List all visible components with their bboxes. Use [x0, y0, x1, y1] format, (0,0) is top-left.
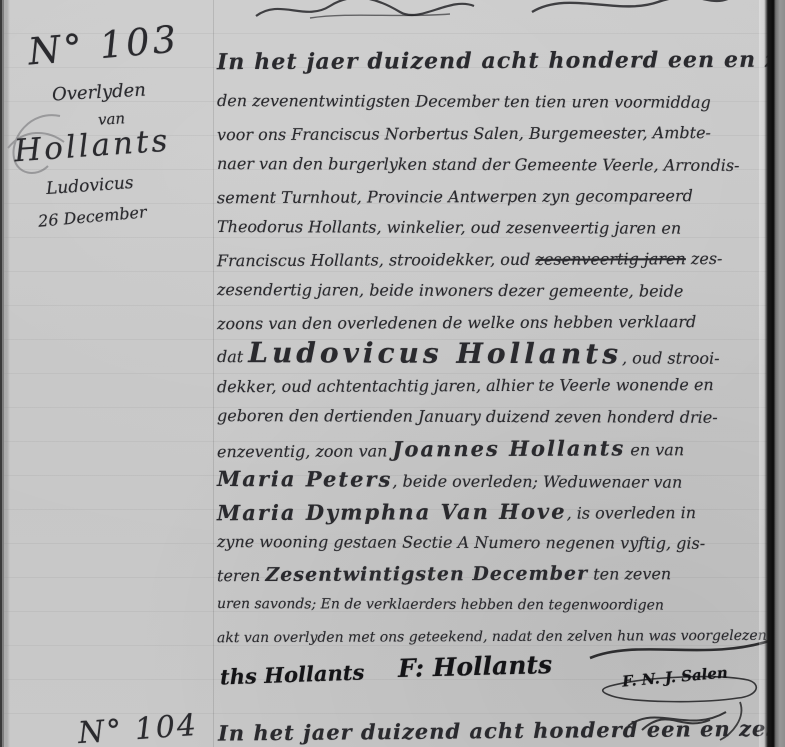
next-record-number: N° 104 [77, 708, 199, 747]
act-line-widow-name: Maria Dymphna Van Hove, is overleden in [217, 494, 769, 528]
act-text: , beide overleden; Weduwenaer van [392, 472, 682, 492]
act-text: , is overleden in [567, 503, 697, 523]
deceased-name: Ludovicus Hollants [248, 336, 622, 370]
right-binding-edge [759, 0, 785, 747]
act-line: naer van den burgerlyken stand der Gemee… [217, 148, 769, 181]
act-line: uren savonds; En de verklaerders hebben … [217, 589, 769, 622]
act-line: voor ons Franciscus Norbertus Salen, Bur… [217, 116, 769, 150]
act-text: ten zeven [588, 564, 671, 583]
left-page-edge-shadow [0, 0, 10, 747]
act-line: zyne wooning gestaen Sectie A Numero neg… [217, 526, 769, 559]
margin-heading-overlyden: Overlyden [52, 80, 147, 106]
act-line: akt van overlyden met ons geteekend, nad… [217, 620, 769, 654]
act-text: enzeventig, zoon van [217, 441, 393, 461]
late-wife-name: Maria Dymphna Van Hove [217, 498, 567, 525]
father-name: Joannes Hollants [392, 435, 625, 461]
act-line-deceased-name: dat Ludovicus Hollants, oud strooi- [217, 337, 769, 370]
act-line: geboren den dertienden January duizend z… [217, 400, 769, 433]
previous-record-signature-flourish-icon [528, 0, 738, 18]
margin-given-name: Ludovicus [45, 173, 134, 199]
next-record-opening-line: In het jaer duizend acht honderd een en … [218, 715, 785, 745]
margin-surname: Hollants [13, 123, 171, 170]
struck-through-text: zesenveertig jaren [535, 249, 685, 269]
act-line: zesendertig jaren, beide inwoners dezer … [217, 274, 769, 307]
act-line-with-correction: Franciscus Hollants, strooidekker, oud z… [217, 242, 769, 276]
mother-name: Maria Peters [217, 466, 392, 492]
act-line-father-name: enzeventig, zoon van Joannes Hollants en… [217, 431, 769, 465]
act-text: zes- [686, 248, 723, 267]
witness2-signature: F: Hollants [398, 650, 553, 683]
record-number: N° 103 [26, 17, 180, 73]
previous-record-signature-flourish-icon [250, 0, 480, 22]
act-body-text: In het jaer duizend acht honderd een en … [217, 36, 769, 653]
margin-death-date: 26 December [37, 202, 147, 230]
witness1-signature: ths Hollants [220, 659, 365, 689]
act-line: Theodorus Hollants, winkelier, oud zesen… [217, 211, 769, 244]
official-signature: F. N. J. Salen [621, 663, 728, 690]
act-text: Franciscus Hollants, strooidekker, oud [217, 249, 536, 269]
act-text: dat [217, 347, 248, 366]
register-page: N° 103 Overlyden van Hollants Ludovicus … [0, 0, 785, 747]
death-date-emphasis: Zesentwintigsten December [265, 562, 588, 585]
act-text: en van [625, 440, 684, 459]
act-text: teren [217, 565, 265, 584]
act-line: den zevenentwintigsten December ten tien… [217, 85, 769, 118]
act-line-death-date: teren Zesentwintigsten December ten zeve… [217, 557, 769, 591]
margin-rule-line [213, 0, 214, 747]
act-line: dekker, oud achtentachtig jaren, alhier … [217, 368, 769, 402]
act-text: , oud strooi- [622, 348, 720, 367]
act-line-opening: In het jaer duizend acht honderd een en … [217, 35, 769, 87]
act-line-mother-name: Maria Peters, beide overleden; Weduwenae… [217, 463, 769, 496]
act-line: zoons van den overledenen de welke ons h… [217, 305, 769, 339]
act-line: sement Turnhout, Provincie Antwerpen zyn… [217, 179, 769, 213]
